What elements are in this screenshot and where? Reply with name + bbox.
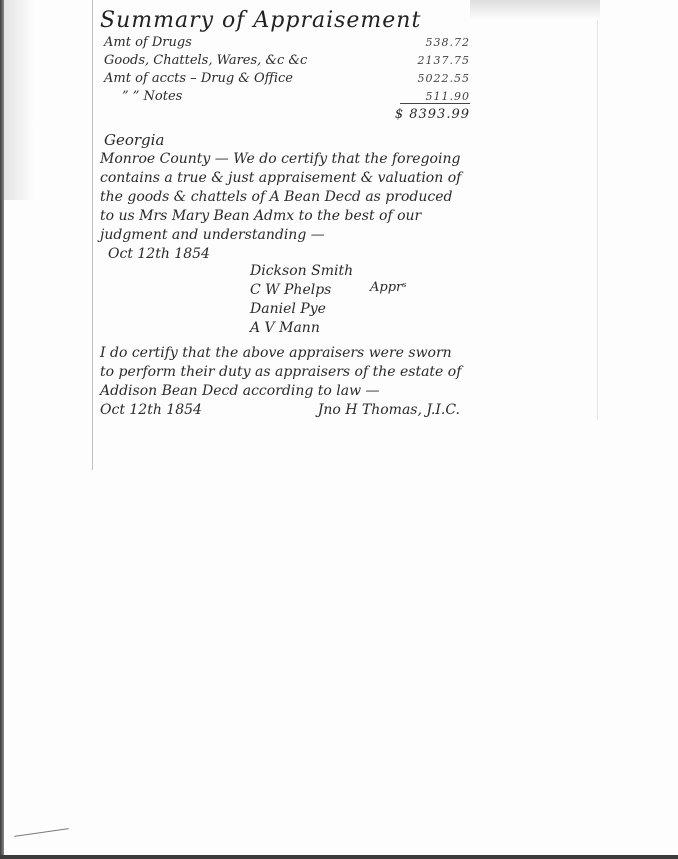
appraiser-signature: Daniel Pye bbox=[250, 300, 470, 319]
justice-signature: Jno H Thomas, J.I.C. bbox=[318, 401, 460, 420]
oath-certificate: I do certify that the above appraisers w… bbox=[100, 344, 470, 420]
scan-shadow bbox=[4, 0, 34, 200]
handwritten-document: Summary of Appraisement Amt of Drugs 538… bbox=[100, 8, 470, 420]
ledger-description: ” ” Notes bbox=[100, 89, 182, 104]
certificate-state: Georgia bbox=[100, 131, 470, 150]
oath-text: I do certify that the above appraisers w… bbox=[100, 345, 461, 399]
scan-border-bottom bbox=[0, 855, 678, 859]
ledger-description: Amt of accts – Drug & Office bbox=[100, 71, 293, 86]
scan-shadow bbox=[470, 0, 600, 20]
page-fold-line bbox=[92, 0, 93, 470]
appraisement-ledger: Amt of Drugs 538.72 Goods, Chattels, War… bbox=[100, 35, 470, 127]
ledger-description: Goods, Chattels, Wares, &c &c bbox=[100, 53, 307, 68]
document-title: Summary of Appraisement bbox=[100, 8, 470, 33]
ledger-amount: 511.90 bbox=[400, 90, 470, 104]
ledger-row: Goods, Chattels, Wares, &c &c 2137.75 bbox=[100, 53, 470, 71]
appraisal-certificate: Georgia Monroe County — We do certify th… bbox=[100, 131, 470, 264]
ledger-amount: 538.72 bbox=[400, 36, 470, 49]
ledger-description: Amt of Drugs bbox=[100, 35, 192, 50]
appraiser-signature: Dickson Smith bbox=[250, 262, 470, 281]
ledger-row: Amt of Drugs 538.72 bbox=[100, 35, 470, 53]
stray-pencil-mark bbox=[14, 828, 69, 837]
ledger-amount: 5022.55 bbox=[400, 72, 470, 85]
certificate-county: Monroe County bbox=[100, 151, 210, 167]
total-amount: $ 8393.99 bbox=[370, 107, 470, 127]
ledger-amount: 2137.75 bbox=[400, 54, 470, 67]
appraisers-label: Apprˢ bbox=[370, 278, 407, 297]
faint-margin-line bbox=[597, 20, 598, 420]
ledger-total: $ 8393.99 bbox=[100, 107, 470, 127]
appraiser-signature: C W Phelps bbox=[250, 281, 470, 300]
oath-date: Oct 12th 1854 bbox=[100, 401, 202, 420]
ledger-row: ” ” Notes 511.90 bbox=[100, 89, 470, 107]
appraiser-signature: A V Mann bbox=[250, 319, 470, 338]
appraiser-signatures: Dickson Smith C W Phelps Daniel Pye A V … bbox=[250, 262, 470, 338]
ledger-row: Amt of accts – Drug & Office 5022.55 bbox=[100, 71, 470, 89]
